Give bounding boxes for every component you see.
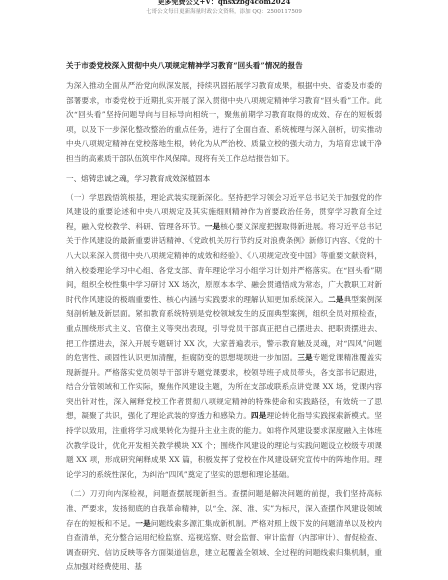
point-label: 三是 xyxy=(297,353,312,362)
watermark-header: 更多免费公文+V：qnsxzbg4com2024 xyxy=(0,0,448,7)
point-label: 二是 xyxy=(328,295,343,304)
document-title: 关于市委党校深入贯彻中央八项规定精神学习教育“回头看”情况的报告 xyxy=(66,60,382,71)
point-label: 一是 xyxy=(135,519,150,528)
section-heading-1: 一、熔铸忠诚之魂，学习教育成效深植固本 xyxy=(66,172,382,186)
paragraph-1: （一）学思践悟筑根基，理论武装实现新深化。坚持把学习领会习近平总书记关于加强党的… xyxy=(66,191,382,483)
point-text: 典型案例深刻剖析触及新层面。紧扣教育系统特别是党校领域发生的反面典型案例，组织全… xyxy=(66,295,382,362)
point-text: 理论转化指导实践探索新模式。坚持学以致用，注重将学习成果转化为提升主业主责的能力… xyxy=(66,411,382,478)
paragraph-2: （二）刀刃向内深检视，问题查摆展现新担当。查摆问题是解决问题的前提，我们坚持高标… xyxy=(66,487,382,575)
point-label: 四是 xyxy=(251,411,266,420)
watermark-subheader: 七哥公文每日更新海量时政公文资料，添加 QQ：2500117509 xyxy=(0,7,448,15)
document-page: 关于市委党校深入贯彻中央八项规定精神学习教育“回头看”情况的报告 为深入推动全面… xyxy=(66,60,382,580)
intro-paragraph: 为深入推动全面从严治党向纵深发展，持续巩固拓展学习教育成果，根据中央、省委及市委… xyxy=(66,79,382,167)
point-label: 一是 xyxy=(205,222,220,231)
point-text: 核心要义深度把握取得新进展。将习近平总书记关于作风建设的最新重要讲话精神、《党政… xyxy=(66,222,382,304)
